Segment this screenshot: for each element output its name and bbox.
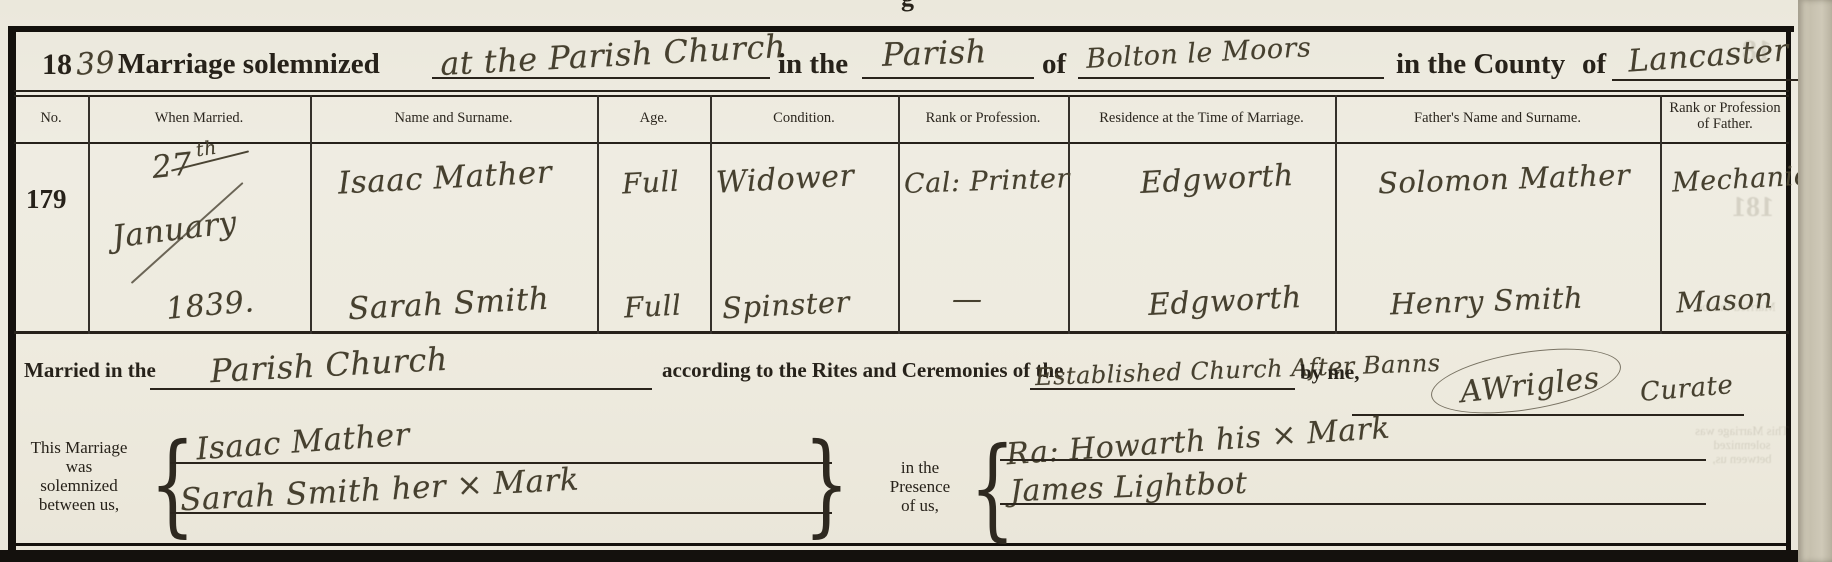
bleedthrough-text: This Marriage was solemnized between us, [1692, 424, 1792, 466]
blank-underline [1078, 77, 1384, 79]
column-divider [898, 95, 900, 334]
entry-date-month: January [110, 205, 239, 256]
col-header-name-surname: Name and Surname. [310, 110, 597, 126]
solemnization-label-line: was [10, 457, 148, 476]
groom-residence: Edgworth [1139, 158, 1294, 201]
blank-underline [150, 388, 652, 390]
ceremony-text-3: by me, [1300, 360, 1360, 385]
witnesses-label: in the Presence of us, [872, 458, 968, 515]
written-ceremony-place: Parish Church [209, 340, 449, 390]
col-header-residence: Residence at the Time of Marriage. [1068, 110, 1335, 126]
written-parish-name: Bolton le Moors [1085, 32, 1312, 75]
solemnization-label-line: between us, [10, 495, 148, 514]
col-header-when-married: When Married. [88, 110, 310, 126]
signature-underline [170, 512, 832, 514]
column-divider [1660, 95, 1662, 334]
blank-underline [862, 77, 1034, 79]
page-header-fragment: g [901, 0, 914, 13]
column-divider [1335, 95, 1337, 334]
title-text-1: Marriage solemnized [118, 48, 380, 81]
top-border [8, 26, 1794, 32]
title-year-prefix: 18 [42, 48, 72, 82]
table-top-line-2 [14, 95, 1789, 97]
entry-number: 179 [26, 184, 67, 215]
bride-name: Sarah Smith [347, 281, 550, 327]
book-edge [1798, 0, 1832, 562]
bride-age: Full [623, 289, 682, 325]
written-parish: Parish [881, 32, 987, 74]
written-rites: Established Church After Banns [1035, 349, 1441, 391]
blank-underline [1612, 79, 1802, 81]
col-header-condition: Condition. [710, 110, 898, 126]
signature-underline [1000, 503, 1706, 505]
bride-rank: — [952, 282, 983, 317]
witness-1-signature: Ra: Howarth his × Mark [1005, 411, 1391, 473]
groom-age: Full [621, 165, 680, 201]
entry-date-year: 1839. [165, 284, 256, 327]
column-divider [710, 95, 712, 334]
bleedthrough-number: 181 [1732, 192, 1774, 224]
signature-underline [1000, 459, 1706, 461]
table-bottom-line [14, 331, 1789, 334]
signature-underline [1352, 414, 1744, 416]
solemnization-label: This Marriage was solemnized between us, [10, 438, 148, 514]
witnesses-label-line: of us, [872, 496, 968, 515]
groom-condition: Widower [715, 158, 855, 200]
marriage-register-page: g 18 39. Marriage solemnized at the Pari… [0, 0, 1832, 562]
bleedthrough-text: Married this be [1684, 300, 1788, 314]
col-header-father-rank: Rank or Profession of Father. [1663, 100, 1787, 132]
bottom-rule [8, 543, 1791, 546]
bride-signature: Sarah Smith her × Mark [179, 462, 580, 519]
title-text-3: of [1042, 48, 1066, 81]
closing-brace [804, 420, 850, 549]
signature-underline [170, 462, 832, 464]
col-header-age: Age. [597, 110, 710, 126]
column-divider [597, 95, 599, 334]
solemnization-label-line: This Marriage [10, 438, 148, 457]
title-text-4: in the County [1396, 48, 1565, 81]
blank-underline [1030, 388, 1295, 390]
groom-rank: Cal: Printer [904, 163, 1071, 200]
blank-underline [432, 77, 770, 79]
column-divider [310, 95, 312, 334]
groom-signature: Isaac Mather [195, 417, 411, 468]
witnesses-label-line: Presence [872, 477, 968, 496]
bride-residence: Edgworth [1147, 280, 1302, 323]
column-divider [88, 95, 90, 334]
groom-father-name: Solomon Mather [1377, 158, 1630, 201]
bride-condition: Spinster [721, 285, 851, 326]
bleedthrough-number: 18 [1742, 34, 1772, 68]
col-header-rank: Rank or Profession. [898, 110, 1068, 126]
col-header-father-name: Father's Name and Surname. [1335, 110, 1660, 126]
bride-father-name: Henry Smith [1389, 281, 1583, 322]
column-divider [1068, 95, 1070, 334]
bottom-border [0, 550, 1800, 562]
witnesses-label-line: in the [872, 458, 968, 477]
header-bottom-line [14, 142, 1789, 144]
written-place-of-marriage: at the Parish Church [439, 27, 787, 83]
officiant-title: Curate [1639, 370, 1735, 408]
solemnization-label-line: solemnized [10, 476, 148, 495]
ceremony-text-1: Married in the [24, 358, 156, 383]
col-header-no: No. [14, 110, 88, 126]
table-top-line [14, 90, 1789, 92]
ceremony-text-2: according to the Rites and Ceremonies of… [662, 358, 1063, 383]
groom-name: Isaac Mather [337, 154, 553, 201]
title-text-2: in the [778, 48, 848, 81]
title-text-5: of [1582, 48, 1606, 81]
